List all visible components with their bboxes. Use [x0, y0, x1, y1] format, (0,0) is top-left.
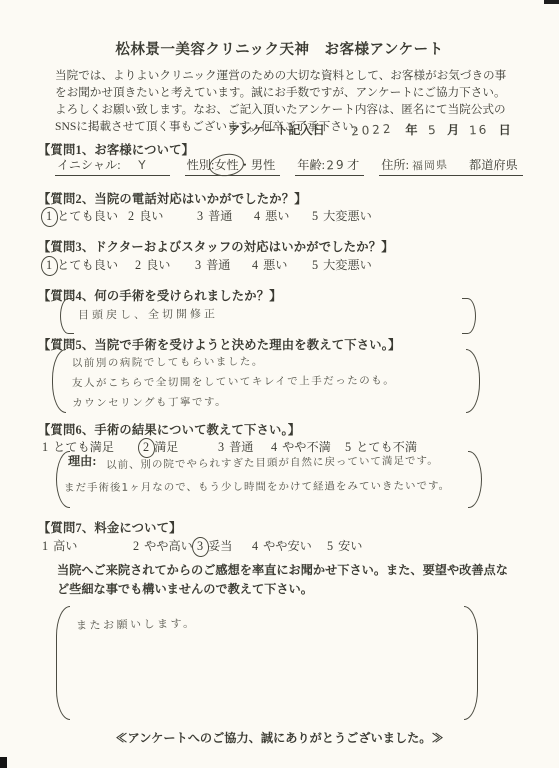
address-field: 住所:福岡県都道府県 — [379, 156, 523, 176]
q6-reason-label: 理由: — [68, 452, 96, 469]
q3-option-5: 5大変悪い — [312, 256, 372, 273]
question-3-header: 【質問3、ドクターおよびスタッフの対応はいかがでしたか？】 — [38, 237, 394, 255]
q6-option-3-label: 普通 — [229, 440, 253, 454]
q2-option-1-num: 1 — [46, 209, 52, 224]
q3-option-4-num: 4 — [252, 258, 258, 273]
answer-bracket-left-q4 — [60, 298, 74, 334]
q7-option-4-label: やや安い — [263, 539, 312, 553]
age-label: 年齢: — [297, 158, 325, 172]
q7-option-2-num: 2 — [133, 539, 139, 554]
question-7-options: 1高い 2やや高い 3妥当 4やや安い 5安い — [0, 537, 559, 555]
q7-option-5-label: 安い — [338, 539, 362, 553]
q2-option-2-label: 良い — [139, 209, 163, 223]
address-value: 福岡県 — [409, 156, 452, 173]
age-value: 29 — [325, 157, 348, 172]
q6-option-2-num: 2 — [143, 440, 149, 455]
q6-option-2-label: 満足 — [154, 440, 178, 454]
q6-option-3: 3普通 — [218, 438, 253, 455]
address-label: 住所: — [381, 158, 409, 172]
answer-bracket-left-q5 — [52, 349, 66, 413]
q6-option-1-num: 1 — [42, 440, 48, 455]
gender-separator: ・ — [239, 158, 251, 172]
question-7-header: 【質問7、料金について】 — [38, 518, 182, 536]
date-year-value: 2022 — [350, 122, 393, 139]
q3-option-3: 3普通 — [195, 256, 230, 273]
q7-option-4-num: 4 — [252, 539, 258, 554]
question-6-header: 【質問6、手術の結果について教えて下さい。】 — [38, 420, 300, 438]
q3-option-1-num: 1 — [46, 258, 52, 273]
question-4-header: 【質問4、何の手術を受けられましたか？】 — [38, 286, 282, 304]
q5-answer-line-1: 以前別の病院でしてもらいました。 — [72, 351, 395, 374]
q7-option-4: 4やや安い — [252, 537, 312, 554]
answer-bracket-right-q5 — [466, 349, 480, 413]
initial-value: Y — [120, 157, 164, 173]
gender-label: 性別: — [187, 158, 215, 172]
q5-answer-line-3: カウンセリングも丁寧です。 — [72, 391, 395, 414]
q7-option-2: 2やや高い — [133, 537, 193, 554]
address-suffix: 都道府県 — [469, 158, 518, 172]
answer-bracket-right-feedback — [464, 606, 478, 720]
q2-option-4: 4悪い — [254, 207, 289, 224]
q3-option-5-label: 大変悪い — [323, 258, 372, 272]
q6-option-3-num: 3 — [218, 440, 224, 455]
date-month-unit: 月 — [447, 123, 459, 137]
date-year-unit: 年 — [405, 123, 417, 137]
survey-title: 松林景一美容クリニック天神 お客様アンケート — [0, 38, 559, 59]
question-1-fields: イニシャル:Y 性別:女性・男性 年齢:29才 住所:福岡県都道府県 — [55, 156, 523, 176]
q2-option-3-label: 普通 — [208, 209, 232, 223]
q3-option-4: 4悪い — [252, 256, 287, 273]
q2-option-2-num: 2 — [128, 209, 134, 224]
feedback-handwritten-answer: またお願いします。 — [76, 615, 197, 633]
q7-option-1: 1高い — [42, 537, 77, 554]
date-label: アンケート記入日 — [228, 123, 325, 137]
q7-option-5: 5安い — [327, 537, 362, 554]
date-row: アンケート記入日2022年5月16日 — [228, 121, 521, 138]
initial-field: イニシャル:Y — [55, 156, 170, 176]
gender-option-male: 男性 — [251, 158, 275, 172]
q3-option-3-label: 普通 — [206, 258, 230, 272]
footer-thanks: ≪アンケートへのご協力、誠にありがとうございました。≫ — [0, 729, 559, 746]
q7-option-3: 3妥当 — [197, 537, 232, 554]
q2-option-4-num: 4 — [254, 209, 260, 224]
q6-option-5-num: 5 — [345, 440, 351, 455]
q3-option-1: 1とても良い — [46, 256, 118, 273]
answer-bracket-right-q6 — [468, 451, 482, 508]
question-2-header: 【質問2、当院の電話対応はいかがでしたか？】 — [38, 189, 307, 207]
q2-option-4-label: 悪い — [265, 209, 289, 223]
q6-option-5-label: とても不満 — [356, 440, 417, 454]
q3-option-2-label: 良い — [146, 258, 170, 272]
q6-option-4-num: 4 — [271, 440, 277, 455]
q7-option-1-num: 1 — [42, 539, 48, 554]
q6-option-4: 4やや不満 — [271, 438, 331, 455]
q2-option-1: 1とても良い — [46, 207, 118, 224]
scan-artifact-top-right — [544, 0, 559, 4]
answer-bracket-left-feedback — [56, 606, 70, 720]
q3-option-5-num: 5 — [312, 258, 318, 273]
q3-option-3-num: 3 — [195, 258, 201, 273]
q2-option-3: 3普通 — [197, 207, 232, 224]
question-3-options: 1とても良い 2良い 3普通 4悪い 5大変悪い — [0, 256, 559, 274]
q2-option-5: 5大変悪い — [312, 207, 372, 224]
q7-option-2-label: やや高い — [144, 539, 193, 553]
q6-option-4-label: やや不満 — [282, 440, 331, 454]
q5-handwritten-answer: 以前別の病院でしてもらいました。 友人がこちらで全切開をしていてキレイで上手だっ… — [72, 351, 396, 414]
q7-option-3-label: 妥当 — [208, 539, 232, 553]
age-unit: 才 — [347, 158, 359, 172]
q2-option-1-label: とても良い — [57, 209, 118, 223]
date-day-unit: 日 — [499, 123, 511, 137]
gender-field: 性別:女性・男性 — [185, 156, 281, 176]
question-2-options: 1とても良い 2良い 3普通 4悪い 5大変悪い — [0, 207, 559, 225]
date-day-value: 16 — [469, 123, 489, 138]
q4-handwritten-answer: 目頭戻し、全切開修正 — [78, 305, 218, 322]
q6-option-2: 2満足 — [143, 438, 178, 455]
survey-scan-page: 松林景一美容クリニック天神 お客様アンケート 当院では、よりよいクリニック運営の… — [0, 0, 559, 768]
q7-option-5-num: 5 — [327, 539, 333, 554]
q3-option-1-label: とても良い — [57, 258, 118, 272]
q3-option-2: 2良い — [135, 256, 170, 273]
answer-bracket-right-q4 — [462, 298, 476, 334]
age-field: 年齢:29才 — [295, 156, 364, 176]
feedback-prompt: 当院へご来院されてからのご感想を率直にお聞かせ下さい。また、要望や改善点など些細… — [57, 561, 513, 599]
q3-option-4-label: 悪い — [263, 258, 287, 272]
q7-option-1-label: 高い — [53, 539, 77, 553]
q2-option-2: 2良い — [128, 207, 163, 224]
q2-option-5-label: 大変悪い — [323, 209, 372, 223]
initial-label: イニシャル: — [57, 158, 121, 172]
scan-artifact-bottom-left — [0, 757, 7, 768]
gender-option-female: 女性 — [214, 156, 238, 173]
q6-reason-line-2: まだ手術後1ヶ月なので、もう少し時間をかけて経過をみていきたいです。 — [64, 478, 450, 495]
q3-option-2-num: 2 — [135, 258, 141, 273]
q2-option-5-num: 5 — [312, 209, 318, 224]
q7-option-3-num: 3 — [197, 539, 203, 554]
date-month-value: 5 — [427, 123, 437, 137]
q2-option-3-num: 3 — [197, 209, 203, 224]
q5-answer-line-2: 友人がこちらで全切開をしていてキレイで上手だったのも。 — [72, 371, 395, 394]
